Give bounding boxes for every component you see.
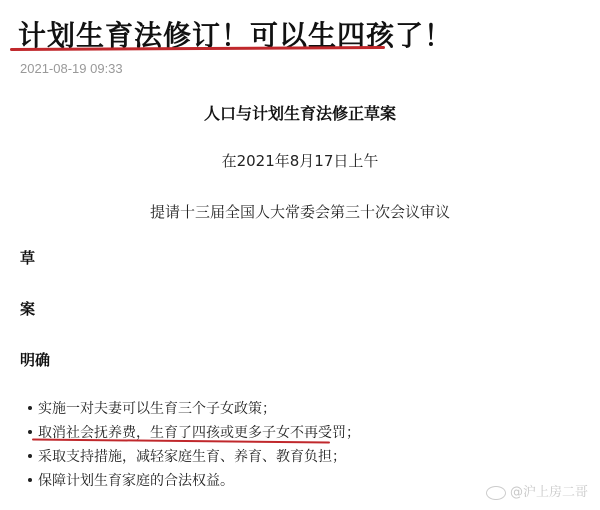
- bullet-icon: [28, 454, 32, 458]
- watermark-text: @沪上房二哥: [510, 485, 588, 500]
- label-cao: 草: [20, 247, 35, 268]
- watermark: @沪上房二哥: [486, 481, 588, 500]
- list-item-text: 采取支持措施，减轻家庭生育、养育、教育负担；: [38, 449, 346, 465]
- bullet-list: 实施一对夫妻可以生育三个子女政策； 取消社会抚养费，生育了四孩或更多子女不再受罚…: [22, 397, 360, 493]
- document-submission: 提请十三届全国人大常委会第三十次会议审议: [0, 201, 600, 222]
- bullet-icon: [28, 406, 32, 410]
- timestamp: 2021-08-19 09:33: [20, 61, 123, 76]
- label-an: 案: [20, 298, 35, 319]
- bullet-icon: [28, 478, 32, 482]
- list-item-text: 保障计划生育家庭的合法权益。: [38, 473, 234, 489]
- list-item: 实施一对夫妻可以生育三个子女政策；: [22, 397, 360, 421]
- list-item-text: 实施一对夫妻可以生育三个子女政策；: [38, 401, 276, 417]
- list-item: 保障计划生育家庭的合法权益。: [22, 469, 360, 493]
- document-title: 人口与计划生育法修正草案: [0, 101, 600, 124]
- bullet-icon: [28, 430, 32, 434]
- list-item: 采取支持措施，减轻家庭生育、养育、教育负担；: [22, 445, 360, 469]
- document-date: 在2021年8月17日上午: [0, 150, 600, 171]
- weibo-icon: [486, 486, 506, 500]
- label-mingque: 明确: [20, 349, 50, 370]
